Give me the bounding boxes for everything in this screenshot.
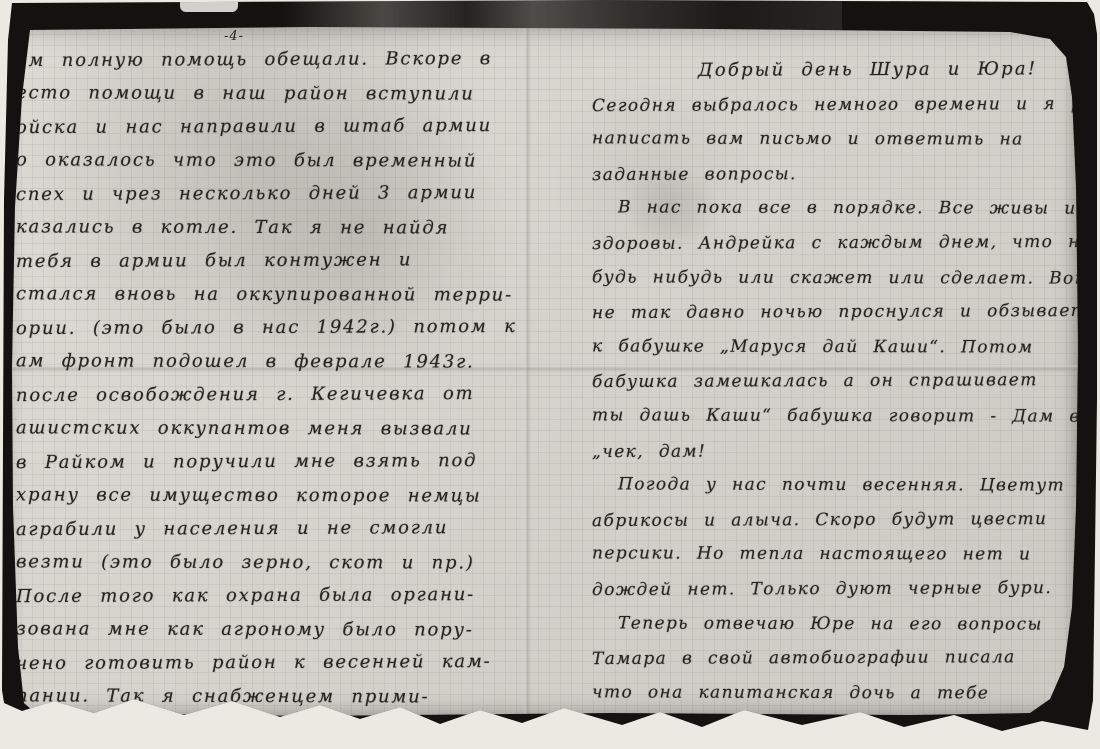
right-page-body: Сегодня выбралось немного времени и я ре… [592, 88, 1080, 711]
handwriting-line: ам полную помощь обещали. Вскоре в [16, 42, 518, 78]
handwriting-line: абрикосы и алыча. Скоро будут цвести [592, 502, 1080, 539]
handwriting-line: к бабушке „Маруся дай Каши“. Потом [592, 329, 1080, 365]
handwriting-line: здоровы. Андрейка с каждым днем, что ни- [592, 225, 1080, 262]
salutation-line: Добрый день Шура и Юра! [698, 52, 1080, 88]
handwriting-line: пании. Так я снабженцем прими- [16, 679, 518, 714]
handwriting-line: дождей нет. Только дуют черные бури. [592, 571, 1080, 608]
letter-page-left: ам полную помощь обещали. Вскоре весто п… [10, 43, 518, 713]
handwriting-line: зована мне как агроному было пору- [16, 612, 518, 647]
fold-crease-vertical [524, 27, 531, 717]
handwriting-line: Сегодня выбралось немного времени и я ре… [592, 87, 1080, 124]
handwriting-line: Тамара в свой автобиографии писала [592, 640, 1080, 677]
handwriting-line: ты дашь Каши“ бабушка говорит - Дам вну- [592, 398, 1080, 434]
handwriting-line: что она капитанская дочь а тебе [592, 675, 1080, 711]
handwriting-line: стался вновь на оккупированной терри- [16, 277, 518, 312]
handwriting-line: заданные вопросы. [592, 156, 1080, 193]
handwriting-line: написать вам письмо и ответить на [592, 122, 1080, 158]
handwriting-line: ории. (это было в нас 1942г.) потом к [16, 310, 518, 346]
photograph-frame: -4- ам полную помощь обещали. Вскоре вес… [2, 0, 1097, 737]
handwriting-line: Погода у нас почти весенняя. Цветут [592, 467, 1080, 503]
handwriting-line: храну все имущество которое немцы [16, 478, 518, 513]
letter-page-right: Добрый день Шура и Юра! Сегодня выбралос… [580, 53, 1080, 710]
handwriting-line: будь нибудь или скажет или сделает. Вот [592, 260, 1080, 296]
scan-background: -4- ам полную помощь обещали. Вскоре вес… [0, 0, 1100, 749]
handwriting-line: аграбили у населения и не смогли [16, 511, 518, 547]
handwriting-line: после освобождения г. Кегичевка от [16, 377, 518, 413]
handwriting-line: персики. Но тепла настоящего нет и [592, 537, 1080, 573]
handwriting-line: тебя в армии был контужен и [16, 243, 518, 279]
handwriting-line: в Райком и поручили мне взять под [16, 444, 518, 480]
handwriting-line: казались в котле. Так я не найдя [16, 210, 518, 245]
handwriting-line: везти (это было зерно, скот и пр.) [16, 545, 518, 580]
handwriting-line: ойска и нас направили в штаб армии [16, 109, 518, 145]
handwriting-line: Теперь отвечаю Юре на его вопросы [592, 606, 1080, 642]
handwriting-line: спех и чрез несколько дней 3 армии [16, 176, 518, 212]
frame-texture [282, 0, 842, 30]
letter-paper: -4- ам полную помощь обещали. Вскоре вес… [10, 27, 1078, 717]
handwriting-line: есто помощи в наш район вступили [16, 76, 518, 111]
handwriting-line: ам фронт подошел в феврале 1943г. [16, 344, 518, 379]
handwriting-line: бабушка замешкалась а он спрашивает [592, 363, 1080, 400]
frame-notch [180, 0, 238, 12]
handwriting-line: не так давно ночью проснулся и обзываетс… [592, 294, 1080, 331]
handwriting-line: В нас пока все в порядке. Все живы и [592, 191, 1080, 227]
handwriting-line: о оказалось что это был временный [16, 143, 518, 178]
page-number: -4- [224, 29, 244, 44]
handwriting-line: „чек, дам! [592, 432, 1080, 469]
handwriting-line: ашистских оккупантов меня вызвали [16, 411, 518, 446]
handwriting-line: После того как охрана была органи- [16, 578, 518, 614]
handwriting-line: чено готовить район к весенней кам- [16, 645, 518, 681]
